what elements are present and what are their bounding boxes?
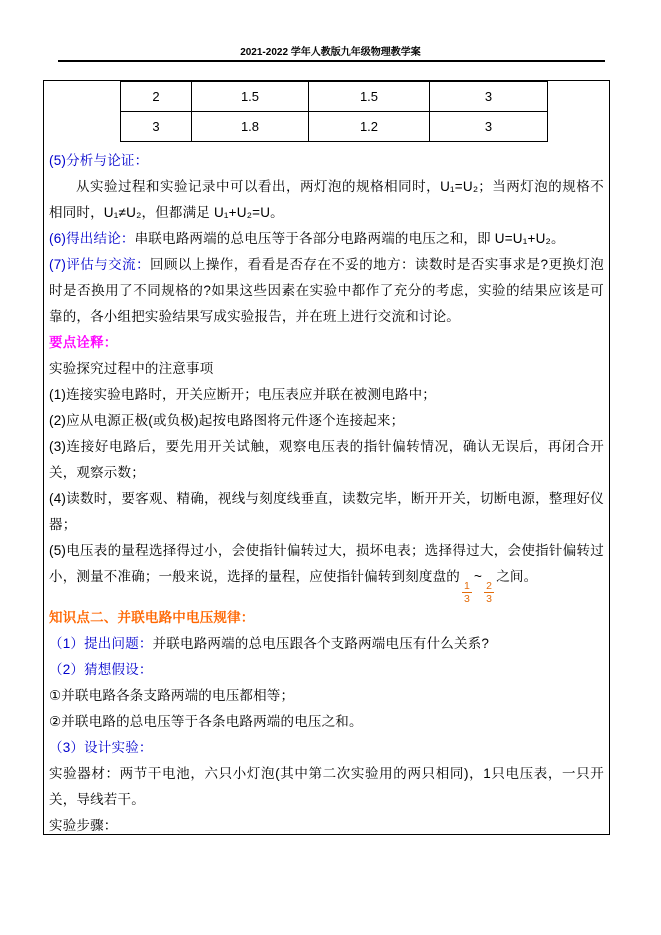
header-divider bbox=[58, 60, 605, 62]
kp2-question: （1）提出问题：并联电路两端的总电压跟各个支路两端电压有什么关系? bbox=[49, 631, 604, 657]
fraction-two-thirds: 23 bbox=[484, 580, 494, 605]
keypoints-heading: 要点诠释： bbox=[49, 330, 604, 356]
note-3: (3)连接好电路后，要先用开关试触，观察电压表的指针偏转情况，确认无误后，再闭合… bbox=[49, 434, 604, 486]
fraction-one-third: 13 bbox=[462, 580, 472, 605]
table-cell: 1.5 bbox=[192, 82, 309, 112]
note-1: (1)连接实验电路时，开关应断开；电压表应并联在被测电路中； bbox=[49, 382, 604, 408]
tilde-separator: ~ bbox=[474, 569, 482, 584]
section7-evaluation: (7)评估与交流：回顾以上操作，看看是否存在不妥的地方：读数时是否实事求是?更换… bbox=[49, 252, 604, 330]
guess-2: ②并联电路的总电压等于各条电路两端的电压之和。 bbox=[49, 709, 604, 735]
note-5: (5)电压表的量程选择得过小，会使指针偏转过大，损坏电表；选择得过大，会使指针偏… bbox=[49, 538, 604, 605]
page-title: 2021-2022 学年人教版九年级物理教学案 bbox=[0, 43, 661, 58]
section6-text: 串联电路两端的总电压等于各部分电路两端的电压之和，即 U=U₁+U₂。 bbox=[135, 231, 565, 246]
fraction-numerator: 1 bbox=[462, 580, 472, 593]
experiment-steps-label: 实验步骤： bbox=[49, 813, 604, 835]
measurement-table: 2 1.5 1.5 3 3 1.8 1.2 3 bbox=[120, 81, 548, 142]
table-cell: 3 bbox=[121, 112, 192, 142]
knowledge-point2-heading: 知识点二、并联电路中电压规律： bbox=[49, 605, 604, 631]
kp2-guess-heading: （2）猜想假设： bbox=[49, 657, 604, 683]
section5-heading: (5)分析与论证： bbox=[49, 148, 604, 174]
table-row: 3 1.8 1.2 3 bbox=[121, 112, 548, 142]
section6-conclusion: (6)得出结论：串联电路两端的总电压等于各部分电路两端的电压之和，即 U=U₁+… bbox=[49, 226, 604, 252]
table-row: 2 1.5 1.5 3 bbox=[121, 82, 548, 112]
guess-1: ①并联电路各条支路两端的电压都相等； bbox=[49, 683, 604, 709]
note-2: (2)应从电源正极(或负极)起按电路图将元件逐个连接起来； bbox=[49, 408, 604, 434]
table-cell: 1.8 bbox=[192, 112, 309, 142]
note-4: (4)读数时，要客观、精确，视线与刻度线垂直，读数完毕，断开开关，切断电源，整理… bbox=[49, 486, 604, 538]
section6-label: (6)得出结论： bbox=[49, 231, 135, 246]
section7-label: (7)评估与交流： bbox=[49, 257, 150, 272]
table-cell: 3 bbox=[430, 112, 548, 142]
notes-intro: 实验探究过程中的注意事项 bbox=[49, 356, 604, 382]
table-cell: 1.2 bbox=[309, 112, 430, 142]
fraction-denominator: 3 bbox=[462, 593, 472, 605]
table-cell: 2 bbox=[121, 82, 192, 112]
table-cell: 1.5 bbox=[309, 82, 430, 112]
experiment-materials: 实验器材：两节干电池，六只小灯泡(其中第二次实验用的两只相同)，1只电压表，一只… bbox=[49, 761, 604, 813]
section5-body: 从实验过程和实验记录中可以看出，两灯泡的规格相同时，U₁=U₂；当两灯泡的规格不… bbox=[49, 174, 604, 226]
fraction-numerator: 2 bbox=[484, 580, 494, 593]
fraction-denominator: 3 bbox=[484, 593, 494, 605]
kp2-question-label: （1）提出问题： bbox=[49, 636, 153, 651]
note5-text-end: 之间。 bbox=[496, 569, 537, 584]
table-cell: 3 bbox=[430, 82, 548, 112]
content-box: 2 1.5 1.5 3 3 1.8 1.2 3 (5)分析与论证： 从实验过程和… bbox=[43, 80, 610, 835]
kp2-design-heading: （3）设计实验： bbox=[49, 735, 604, 761]
kp2-question-text: 并联电路两端的总电压跟各个支路两端电压有什么关系? bbox=[153, 636, 490, 651]
